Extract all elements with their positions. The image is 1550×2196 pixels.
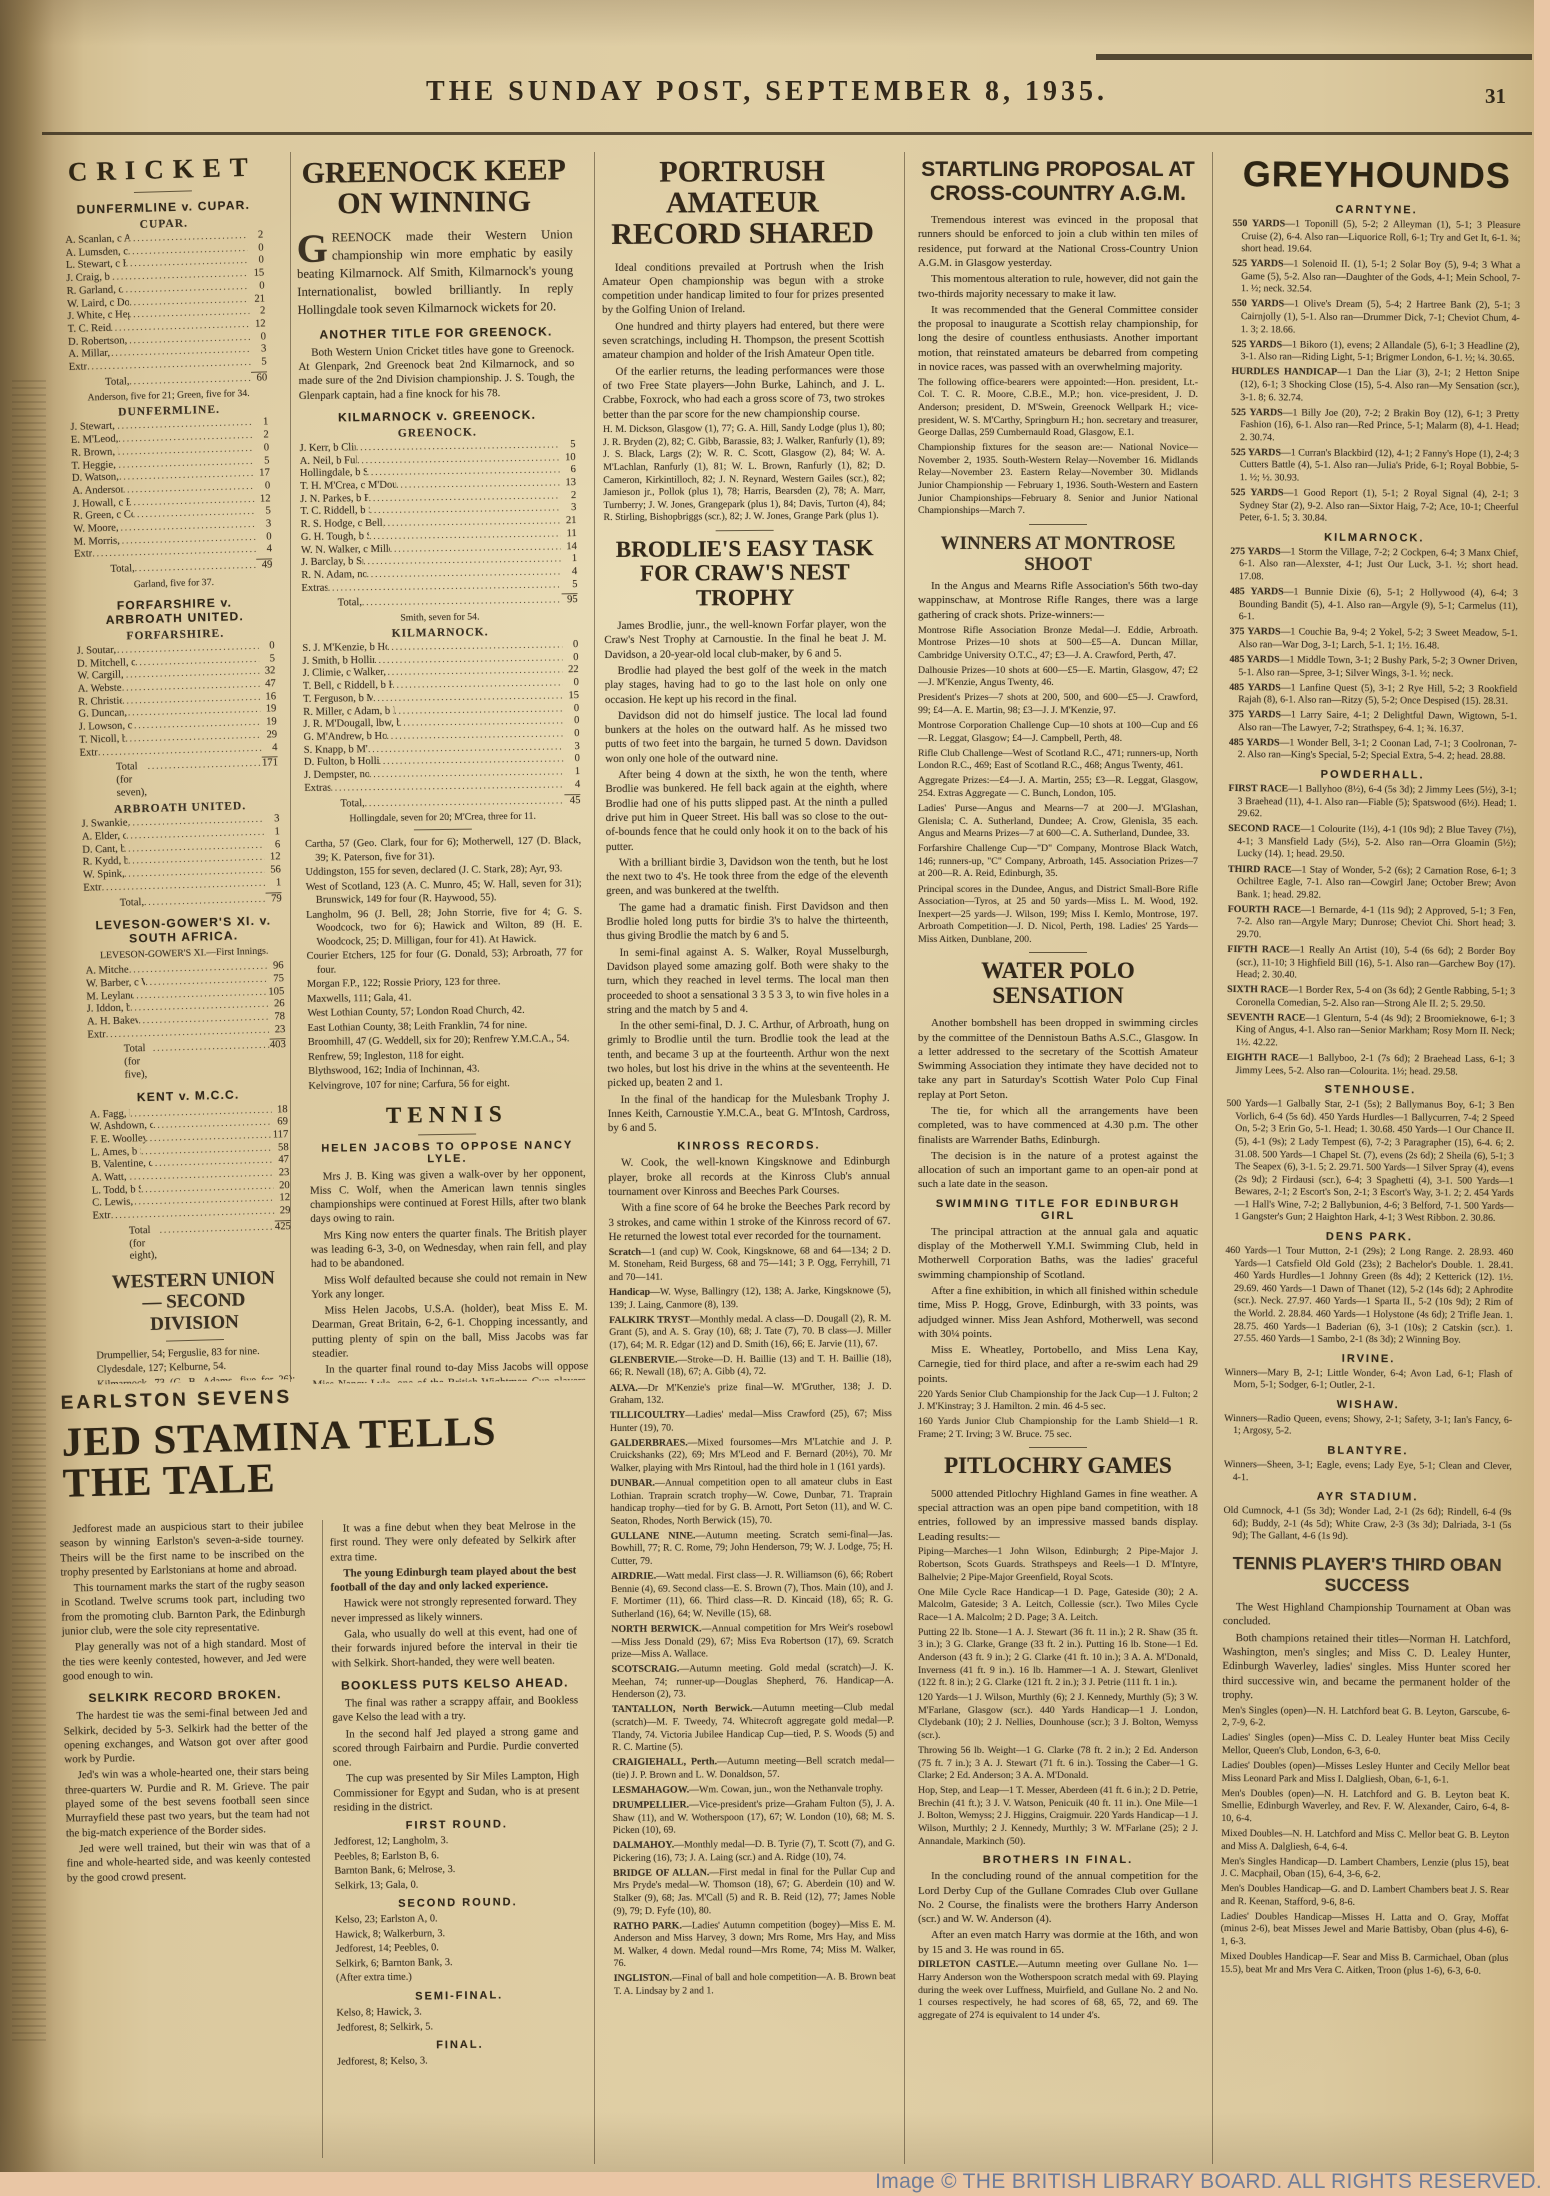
block-value: 403 [270, 1039, 286, 1053]
headline-water-polo-sensation: WATER POLO SENSATION [918, 959, 1198, 1008]
article-block [166, 1339, 224, 1342]
article-block: Miss Wolf defaulted because she could no… [311, 1270, 587, 1302]
block-value: 1 [561, 553, 577, 566]
block-text: W. N. Walker, c Miller, b Smith, [301, 543, 390, 557]
block-text: PORTRUSH AMATEUR RECORD SHARED [611, 154, 874, 251]
article-block: Throwing 56 lb. Weight—1 G. Clarke (78 f… [918, 1745, 1198, 1783]
block-text: Piping—Marches—1 John Wilson, Edinburgh;… [918, 1546, 1198, 1582]
article-block: Handicap—W. Wyse, Ballingry (12), 138; A… [609, 1285, 891, 1312]
block-lead: GLENBERVIE. [609, 1354, 677, 1365]
article-block: 460 Yards—1 Tour Mutton, 2-1 (29s); 2 Lo… [1225, 1245, 1514, 1348]
block-lead: 375 YARDS [1230, 626, 1281, 637]
block-text: T. C. Riddell, b Smith, [300, 505, 369, 519]
block-text: Dalhousie Prizes—10 shots at 600—£5—E. M… [918, 665, 1198, 689]
block-text: The following office-bearers were appoin… [918, 377, 1198, 438]
article-block: DENS PARK. [1227, 1230, 1511, 1244]
block-lead: FOURTH RACE [1228, 904, 1301, 916]
block-text: The tie, for which all the arrangements … [918, 1105, 1198, 1146]
block-text: A. Neil, b Fulton, [300, 455, 358, 469]
article-block: STENHOUSE. [1228, 1083, 1512, 1097]
block-text: The game had a dramatic finish. First Da… [606, 900, 888, 943]
block-text: LEVESON-GOWER'S XI.—First Innings. [100, 946, 269, 962]
block-text: Langholm, 96 (J. Bell, 28; John Storrie,… [306, 906, 582, 948]
block-lead: AIRDRIE. [611, 1571, 656, 1582]
article-block: The hardest tie was the semi-final betwe… [63, 1705, 308, 1767]
article-block: In semi-final against A. S. Walker, Roya… [607, 944, 889, 1017]
block-text: —W. Wyse, Ballingry (12), 138; A. Jarke,… [609, 1285, 891, 1311]
block-text: FIRST ROUND. [406, 1819, 508, 1832]
article-block: Both champions retained their titles—Nor… [1222, 1631, 1510, 1704]
article-block: 220 Yards Senior Club Championship for t… [918, 1389, 1198, 1414]
article-block: (After extra time.) [336, 1969, 582, 1986]
block-text: FORFARSHIRE. [126, 628, 224, 643]
article-block: SIXTH RACE—1 Border Rex, 5-4 on (3s 6d);… [1227, 984, 1515, 1011]
block-text: Rifle Club Challenge—West of Scotland R.… [918, 748, 1198, 772]
block-value: 26 [269, 998, 285, 1011]
block-value: 49 [256, 558, 272, 572]
block-text: It was a fine debut when they beat Melro… [330, 1519, 576, 1563]
block-text: East Lothian County, 38; Leith Franklin,… [308, 1020, 528, 1034]
block-text: Aggregate Prizes:—£4—J. A. Martin, 255; … [918, 775, 1198, 799]
section-title-cricket: CRICKET [63, 151, 262, 188]
block-text: Courier Etchers, 125 for four (G. Donald… [307, 947, 583, 975]
block-text: CARNTYNE. [1335, 204, 1417, 217]
column-divider [290, 152, 291, 1382]
headline-pitlochry-games: PITLOCHRY GAMES [918, 1454, 1198, 1478]
article-block: DIRLETON CASTLE.—Autumn meeting over Gul… [918, 1959, 1198, 2022]
article-block: Mrs J. B. King was given a walk-over by … [310, 1166, 587, 1227]
block-text: It was recommended that the General Comm… [918, 304, 1198, 373]
article-block: BROTHERS IN FINAL. [920, 1854, 1196, 1866]
article-block: Extras,5 [301, 579, 577, 596]
block-text: A. Fagg, b Smith, [90, 1108, 131, 1122]
block-text: Men's Doubles (open)—N. H. Latchford and… [1221, 1788, 1509, 1824]
block-text: This tournament marks the start of the r… [61, 1578, 305, 1638]
article-block: Total (for eight),425 [93, 1220, 292, 1265]
block-text: Total, [110, 563, 135, 576]
block-value: 0 [247, 242, 263, 255]
block-text: Garland, five for 37. [134, 577, 215, 590]
block-text: D. Fulton, b Hollingdale, [304, 756, 379, 770]
block-lead: NORTH BERWICK. [611, 1623, 701, 1635]
block-text: 500 Yards—1 Galbally Star, 2-1 (5s); 2 B… [1226, 1098, 1514, 1224]
block-text: BOOKLESS PUTS KELSO AHEAD. [341, 1675, 569, 1692]
block-value: 6 [560, 464, 576, 477]
dotted-leader [135, 560, 257, 576]
block-text: —1 Middle Town, 3-1; 2 Bushy Park, 5-2; … [1238, 654, 1517, 679]
block-lead: SCOTSCRAIG. [612, 1664, 680, 1675]
block-lead: 550 YARDS [1232, 298, 1284, 309]
article-block: One hundred and thirty players had enter… [602, 318, 884, 363]
block-value: 0 [563, 677, 579, 690]
block-text: Total, [338, 597, 362, 610]
block-value: 10 [560, 452, 576, 465]
match-title-kilmarnock-greenock: KILMARNOCK v. GREENOCK. [303, 407, 571, 425]
block-text: Forfarshire Challenge Cup—"D" Company, M… [918, 843, 1198, 879]
block-text: Clydesdale, 127; Kelburne, 54. [97, 1361, 227, 1376]
block-text: Winners—Sheen, 3-1; Eagle, evens; Lady E… [1224, 1459, 1512, 1483]
article-block: Principal scores in the Dundee, Angus, a… [918, 884, 1198, 947]
article-block: AYR STADIUM. [1226, 1490, 1510, 1504]
block-text: —1 Lanfine Quest (5), 3-1; 2 Rye Hill, 5… [1238, 682, 1517, 707]
block-text: Tremendous interest was evinced in the p… [918, 214, 1198, 269]
article-block: LEVESON-GOWER'S XI.—First Innings. [85, 945, 283, 962]
block-value: 2 [247, 229, 263, 242]
block-lead: 275 YARDS [1230, 546, 1281, 557]
block-value: 0 [259, 640, 275, 653]
block-value: 1 [265, 877, 281, 890]
article-block: 485 YARDS—1 Middle Town, 3-1; 2 Bushy Pa… [1229, 654, 1517, 681]
match-title-leveson-gower: LEVESON-GOWER'S XI. v. SOUTH AFRICA. [88, 914, 279, 947]
article-block: FOURTH RACE—1 Bernarde, 4-1 (11s 9d); 2 … [1227, 904, 1515, 944]
block-text: The cup was presented by Sir Miles Lampt… [333, 1770, 579, 1814]
article-block: Rifle Club Challenge—West of Scotland R.… [918, 748, 1198, 773]
article-block: 500 Yards—1 Galbally Star, 2-1 (5s); 2 B… [1226, 1098, 1515, 1226]
block-value: 1 [252, 417, 268, 430]
match-title-forfarshire-arbroath: FORFARSHIRE v. ARBROATH UNITED. [79, 594, 270, 627]
block-value: 96 [267, 960, 283, 973]
section-title-tennis: TENNIS [309, 1100, 585, 1130]
article-block: Forfarshire Challenge Cup—"D" Company, M… [918, 843, 1198, 881]
block-value: 29 [261, 729, 277, 742]
block-text: Davidson did not do himself justice. The… [605, 708, 887, 765]
block-value: 0 [248, 255, 264, 268]
block-text: CUPAR. [140, 218, 189, 231]
article-block: Gala, who usually do well at this event,… [331, 1624, 578, 1670]
block-text: A. Webster, not out, [78, 683, 123, 697]
article-block [1029, 1447, 1087, 1448]
block-text: Extras, [301, 582, 328, 595]
block-text: Smith, seven for 54. [400, 612, 479, 624]
article-block: SECOND ROUND. [337, 1896, 579, 1911]
column-cross-country-games: STARTLING PROPOSAL AT CROSS-COUNTRY A.G.… [918, 152, 1198, 2160]
block-text: —1 Bikoro (1), evens; 2 Allandale (5), 6… [1241, 339, 1520, 364]
headline-greyhounds: GREYHOUNDS [1233, 153, 1521, 197]
article-block: Ladies' Doubles Handicap—Misses H. Latta… [1220, 1911, 1508, 1951]
article-block: FINAL. [339, 2037, 581, 2052]
block-text: A. Mitchell, b Bell, [86, 965, 130, 979]
block-value: 17 [254, 468, 270, 481]
block-lead: EIGHTH RACE [1227, 1052, 1299, 1064]
dotted-leader [328, 579, 562, 595]
block-text: Extras, [74, 549, 93, 562]
article-block: GREENOCK made their Western Union champi… [296, 227, 573, 320]
article-block: TANTALLON, North Berwick.—Autumn meeting… [612, 1702, 894, 1754]
article-block: 525 YARDS—1 Good Report (1), 5-1; 2 Roya… [1230, 487, 1518, 527]
block-text: 120 Yards—1 J. Wilson, Murthly (6); 2 J.… [918, 1692, 1198, 1741]
block-text: Men's Singles (open)—N. H. Latchford bea… [1222, 1705, 1510, 1729]
article-block: Winners—Mary B, 2-1; Little Wonder, 6-4;… [1224, 1367, 1512, 1394]
block-text: ANOTHER TITLE FOR GREENOCK. [319, 324, 552, 341]
article-block: Ladies' Singles (open)—Miss C. D. Lealey… [1222, 1732, 1510, 1759]
headline-startling-proposal-cross-country: STARTLING PROPOSAL AT CROSS-COUNTRY A.G.… [918, 158, 1198, 205]
block-text: Championship fixtures for the season are… [918, 442, 1198, 516]
dotted-leader [331, 779, 565, 795]
block-text: W. Spink, not out, [83, 869, 124, 883]
block-value: 58 [273, 1142, 289, 1155]
block-text: Miss Wolf defaulted because she could no… [311, 1271, 587, 1301]
block-text: KINROSS RECORDS. [677, 1140, 820, 1153]
block-text: —1 Curran's Blackbird (12), 4-1; 2 Fanny… [1240, 447, 1519, 483]
block-text: T. Bell, c Riddell, b Hollingdale, [303, 680, 393, 694]
article-block: After being 4 down at the sixth, he won … [605, 766, 888, 854]
block-value: 15 [248, 268, 264, 281]
block-text: D. Cant, b Cargill, [82, 843, 124, 857]
block-lead: HURDLES HANDICAP [1231, 366, 1337, 378]
article-block: 275 YARDS—1 Storm the Village, 7-2; 2 Co… [1230, 546, 1518, 586]
article-block: Montrose Corporation Challenge Cup—10 sh… [918, 720, 1198, 745]
block-text: Mrs King now enters the quarter finals. … [311, 1226, 587, 1270]
article-block: 550 YARDS—1 Olive's Dream (5), 5-4; 2 Ha… [1232, 298, 1520, 338]
article-block: The tie, for which all the arrangements … [918, 1104, 1198, 1147]
article-block: Dalhousie Prizes—10 shots at 600—£5—E. M… [918, 665, 1198, 690]
block-text: Ladies' Singles (open)—Miss C. D. Lealey… [1222, 1732, 1510, 1757]
column-divider [594, 152, 595, 2164]
block-text: KILMARNOCK v. GREENOCK. [338, 408, 536, 425]
article-block: Both Western Union Cricket titles have g… [298, 342, 575, 403]
block-text: G. H. Tough, b Smith, [301, 531, 369, 545]
block-text: SWIMMING TITLE FOR EDINBURGH GIRL [936, 1198, 1180, 1222]
block-text: Barnton Bank, 6; Melrose, 3. [334, 1864, 455, 1877]
block-lead: DALMAHOY. [613, 1840, 674, 1851]
block-text: The West Highland Championship Tournamen… [1223, 1601, 1511, 1628]
block-lead: DRUMPELLIER. [612, 1799, 689, 1811]
block-text: DUNFERMLINE. [118, 404, 220, 419]
block-text: —Dr M'Kenzie's prize final—W. M'Gruther,… [610, 1381, 892, 1407]
block-text: Total, [120, 897, 145, 910]
article-block: Of the earlier returns, the leading perf… [602, 363, 884, 422]
article-block: FIFTH RACE—1 Really An Artist (10), 5-4 … [1227, 944, 1515, 984]
block-value: 32 [259, 666, 275, 679]
block-value: 5 [255, 506, 271, 519]
block-text: With a fine score of 64 he broke the Bee… [608, 1200, 890, 1243]
block-text: R. S. Hodge, c Bell, b Smith, [301, 518, 384, 532]
article-block: SWIMMING TITLE FOR EDINBURGH GIRL [920, 1198, 1196, 1222]
block-text: Gala, who usually do well at this event,… [331, 1625, 577, 1669]
article-block: POWDERHALL. [1231, 768, 1515, 782]
block-lead: 550 YARDS [1232, 218, 1285, 229]
block-text: J. Iddon, b Vincent, [87, 1003, 131, 1017]
article-block: FALKIRK TRYST—Monthly medal. A class—D. … [609, 1313, 891, 1353]
article-block: Miss E. Wheatley, Portobello, and Miss L… [918, 1343, 1198, 1386]
article-block: Men's Doubles Handicap—G. and D. Lambert… [1221, 1883, 1509, 1910]
block-text: Miss E. Wheatley, Portobello, and Miss L… [918, 1344, 1198, 1385]
headline-jed-stamina-tells-the-tale: JED STAMINA TELLS THE TALE [61, 1408, 583, 1504]
block-value: 12 [254, 493, 270, 506]
block-text: J. Barclay, b Smith, [301, 556, 363, 570]
article-block: Smith, seven for 54. [302, 610, 578, 625]
article-block: THIRD RACE—1 Stay of Wonder, 5-2 (6s); 2… [1228, 864, 1516, 904]
article-block: WISHAW. [1226, 1398, 1510, 1412]
article-block: Kelvingrove, 107 for nine; Carfura, 56 f… [308, 1076, 584, 1093]
block-value: 0 [254, 480, 270, 493]
block-text: CRICKET [67, 152, 257, 187]
article-block: Garland, five for 37. [75, 575, 273, 592]
column-divider [1212, 152, 1213, 2164]
article-block: NORTH BERWICK.—Annual competition for Mr… [611, 1622, 893, 1662]
block-text: GREYHOUNDS [1243, 153, 1511, 196]
block-value: 22 [563, 665, 579, 678]
article-block: RATHO PARK.—Ladies' Autumn competition (… [613, 1919, 895, 1971]
block-value: 2 [253, 430, 269, 443]
article-block: Extras,4 [304, 779, 580, 796]
block-text: Selkirk, 13; Gala, 0. [335, 1879, 419, 1891]
block-value: 6 [264, 839, 280, 852]
article-block: 485 YARDS—1 Wonder Bell, 3-1; 2 Coonan L… [1229, 737, 1517, 764]
block-text: STENHOUSE. [1325, 1084, 1417, 1097]
block-text: Mixed Doubles Handicap—F. Sear and Miss … [1220, 1951, 1508, 1976]
block-text: Hop, Step, and Leap—1 T. Messer, Aberdee… [918, 1785, 1198, 1846]
article-block: In the concluding round of the annual co… [918, 1869, 1198, 1926]
block-text: SECOND ROUND. [398, 1897, 518, 1911]
article-block: Tremendous interest was evinced in the p… [918, 213, 1198, 270]
block-text: Principal scores in the Dundee, Angus, a… [918, 884, 1198, 945]
article-block: GLENBERVIE.—Stroke—D. H. Baillie (13) an… [609, 1353, 891, 1380]
headline-winners-montrose-shoot: WINNERS AT MONTROSE SHOOT [928, 533, 1188, 576]
block-text: R. Miller, c Adam, b Hollingdale, [303, 705, 394, 719]
block-text: A. Watt, not out, [91, 1172, 130, 1186]
block-text: Total (for seven), [116, 761, 149, 800]
block-lead: 525 YARDS [1231, 487, 1284, 498]
block-lead: LESMAHAGOW. [612, 1784, 689, 1796]
jed-article-right-column: It was a fine debut when they beat Melro… [330, 1516, 585, 2159]
article-block: TILLICOULTRY—Ladies' medal—Miss Crawford… [610, 1408, 892, 1435]
block-text: FINAL. [436, 2039, 484, 2052]
article-block: Men's Doubles (open)—N. H. Latchford and… [1221, 1788, 1509, 1828]
page-number: 31 [1485, 84, 1506, 109]
article-block: The final was rather a scrappy affair, a… [332, 1693, 578, 1725]
article-block: FIRST ROUND. [336, 1818, 578, 1833]
block-text: James Brodlie, junr., the well-known For… [604, 618, 886, 661]
block-value: 1 [264, 826, 280, 839]
block-text: WISHAW. [1337, 1399, 1400, 1411]
block-text: In the second half Jed played a strong g… [333, 1725, 579, 1769]
block-text: Ladies' Purse—Angus and Mearns—7 at 200—… [918, 803, 1198, 839]
block-text: Ladies' Doubles Handicap—Misses H. Latta… [1220, 1911, 1508, 1947]
block-value: 78 [269, 1011, 285, 1024]
block-text: With a brilliant birdie 3, Davidson won … [606, 855, 888, 898]
block-text: Montrose Rifle Association Bronze Medal—… [918, 625, 1198, 661]
article-block: SEMI-FINAL. [338, 1988, 580, 2003]
block-text: Jed were well trained, but their win was… [66, 1838, 310, 1884]
block-text: HELEN JACOBS TO OPPOSE NANCY LYLE. [321, 1139, 573, 1165]
article-block: Total (for seven),171 [80, 756, 279, 801]
block-text: In the final of the handicap for the Mul… [608, 1092, 890, 1135]
block-lead: DUNBAR. [610, 1478, 655, 1489]
block-text: J. Kerr, b Climie, [299, 442, 356, 455]
article-block: Brodlie had played the best golf of the … [605, 662, 887, 707]
article-block: Mixed Doubles—N. H. Latchford and Miss C… [1221, 1828, 1509, 1855]
match-title-dunfermline-cupar: DUNFERMLINE v. CUPAR. [68, 198, 258, 217]
block-text: Montrose Corporation Challenge Cup—10 sh… [918, 720, 1198, 744]
block-text: Mrs J. B. King was given a walk-over by … [310, 1167, 586, 1226]
block-text: Ideal conditions prevailed at Portrush w… [602, 260, 884, 317]
block-value: 11 [561, 528, 577, 541]
block-value: 75 [268, 973, 284, 986]
headline-portrush-amateur-record-shared: PORTRUSH AMATEUR RECORD SHARED [601, 155, 884, 251]
block-text: AYR STADIUM. [1317, 1491, 1419, 1504]
block-text: ARBROATH UNITED. [114, 800, 246, 816]
masthead-rule [42, 132, 1532, 135]
block-text: WATER POLO SENSATION [981, 958, 1135, 1007]
block-value: 95 [562, 593, 578, 607]
block-text: Extras, [69, 361, 88, 374]
article-block: With a fine score of 64 he broke the Bee… [608, 1199, 890, 1244]
dotted-leader [159, 1221, 275, 1237]
article-block: Hop, Step, and Leap—1 T. Messer, Aberdee… [918, 1785, 1198, 1848]
article-block: BLANTYRE. [1226, 1444, 1510, 1458]
article-block: Hollingdale, seven for 20; M'Crea, three… [305, 810, 581, 825]
block-value: 45 [564, 794, 580, 808]
masthead-title: THE SUNDAY POST, SEPTEMBER 8, 1935. [0, 76, 1534, 108]
block-value: 5 [251, 356, 267, 369]
block-text: 160 Yards Junior Club Championship for t… [918, 1416, 1198, 1440]
article-block: Piping—Marches—1 John Wilson, Edinburgh;… [918, 1546, 1198, 1584]
block-text: Jed's win was a whole-hearted one, their… [65, 1765, 310, 1839]
dotted-leader [144, 893, 266, 909]
dotted-leader [129, 373, 251, 389]
block-text: BLANTYRE. [1327, 1445, 1408, 1458]
block-text: President's Prizes—7 shots at 200, 500, … [918, 692, 1198, 716]
article-block: 525 YARDS—1 Curran's Blackbird (12), 4-1… [1231, 447, 1519, 487]
article-block [418, 1133, 476, 1135]
block-text: Jedforest, 14; Peebles, 0. [335, 1943, 438, 1955]
block-text: LEVESON-GOWER'S XI. v. SOUTH AFRICA. [95, 914, 271, 946]
block-text: G. M'Andrew, b Hollingdale, [303, 731, 386, 745]
block-text: Both Western Union Cricket titles have g… [298, 343, 574, 402]
block-value: 105 [268, 986, 284, 999]
article-block: DUNBAR.—Annual competition open to all a… [610, 1476, 892, 1528]
article-block [134, 190, 192, 193]
block-text: Jedforest made an auspicious start to th… [60, 1519, 304, 1579]
article-block: SECOND RACE—1 Colourite (1½), 4-1 (10s 9… [1228, 823, 1516, 863]
block-lead: 485 YARDS [1229, 737, 1280, 748]
block-value: 5 [253, 455, 269, 468]
article-block: Ladies' Purse—Angus and Mearns—7 at 200—… [918, 803, 1198, 841]
article-block: KILMARNOCK. [302, 625, 578, 641]
article-block: ANOTHER TITLE FOR GREENOCK. [302, 324, 570, 342]
article-block: BOOKLESS PUTS KELSO AHEAD. [336, 1675, 574, 1692]
block-text: Throwing 56 lb. Weight—1 G. Clarke (78 f… [918, 1745, 1198, 1781]
article-block [1029, 524, 1087, 525]
article-block: CARNTYNE. [1235, 203, 1519, 217]
block-text: (After extra time.) [336, 1972, 412, 1984]
block-lead: 525 YARDS [1232, 339, 1283, 350]
block-text: FORFARSHIRE v. ARBROATH UNITED. [106, 595, 245, 627]
article-block: 525 YARDS—1 Bikoro (1), evens; 2 Allanda… [1232, 339, 1520, 366]
block-text: 220 Yards Senior Club Championship for t… [918, 1389, 1198, 1413]
block-text: DENS PARK. [1326, 1231, 1413, 1244]
block-text: Total (for five), [124, 1043, 154, 1082]
block-text: S. J. M'Kenzie, b Hollingdale, [302, 642, 387, 656]
block-text: Jedforest, 12; Langholm, 3. [334, 1835, 448, 1848]
block-text: Kelso, 23; Earlston A, 0. [335, 1914, 438, 1926]
article-block: Montrose Rifle Association Bronze Medal—… [918, 625, 1198, 663]
article-block: Mrs King now enters the quarter finals. … [310, 1225, 587, 1272]
block-text: Selkirk, 6; Barnton Bank, 3. [336, 1957, 453, 1970]
block-value: 23 [273, 1167, 289, 1180]
block-text: Hawick, 8; Walkerburn, 3. [335, 1928, 445, 1941]
block-lead: 525 YARDS [1231, 447, 1281, 458]
block-value: 4 [561, 566, 577, 579]
block-value: 5 [559, 439, 575, 452]
block-text: Old Cumnock, 4-1 (5s 3d); Wonder Lad, 2-… [1223, 1505, 1511, 1542]
block-text: In the Angus and Mearns Rifle Associatio… [918, 580, 1198, 621]
article-block: Selkirk, 13; Gala, 0. [335, 1876, 581, 1893]
article-block: H. M. Dickson, Glasgow (1), 77; G. A. Hi… [603, 422, 886, 525]
block-text: Mixed Doubles—N. H. Latchford and Miss C… [1221, 1828, 1509, 1852]
block-text: In the other semi-final, D. J. C. Arthur… [607, 1018, 889, 1089]
